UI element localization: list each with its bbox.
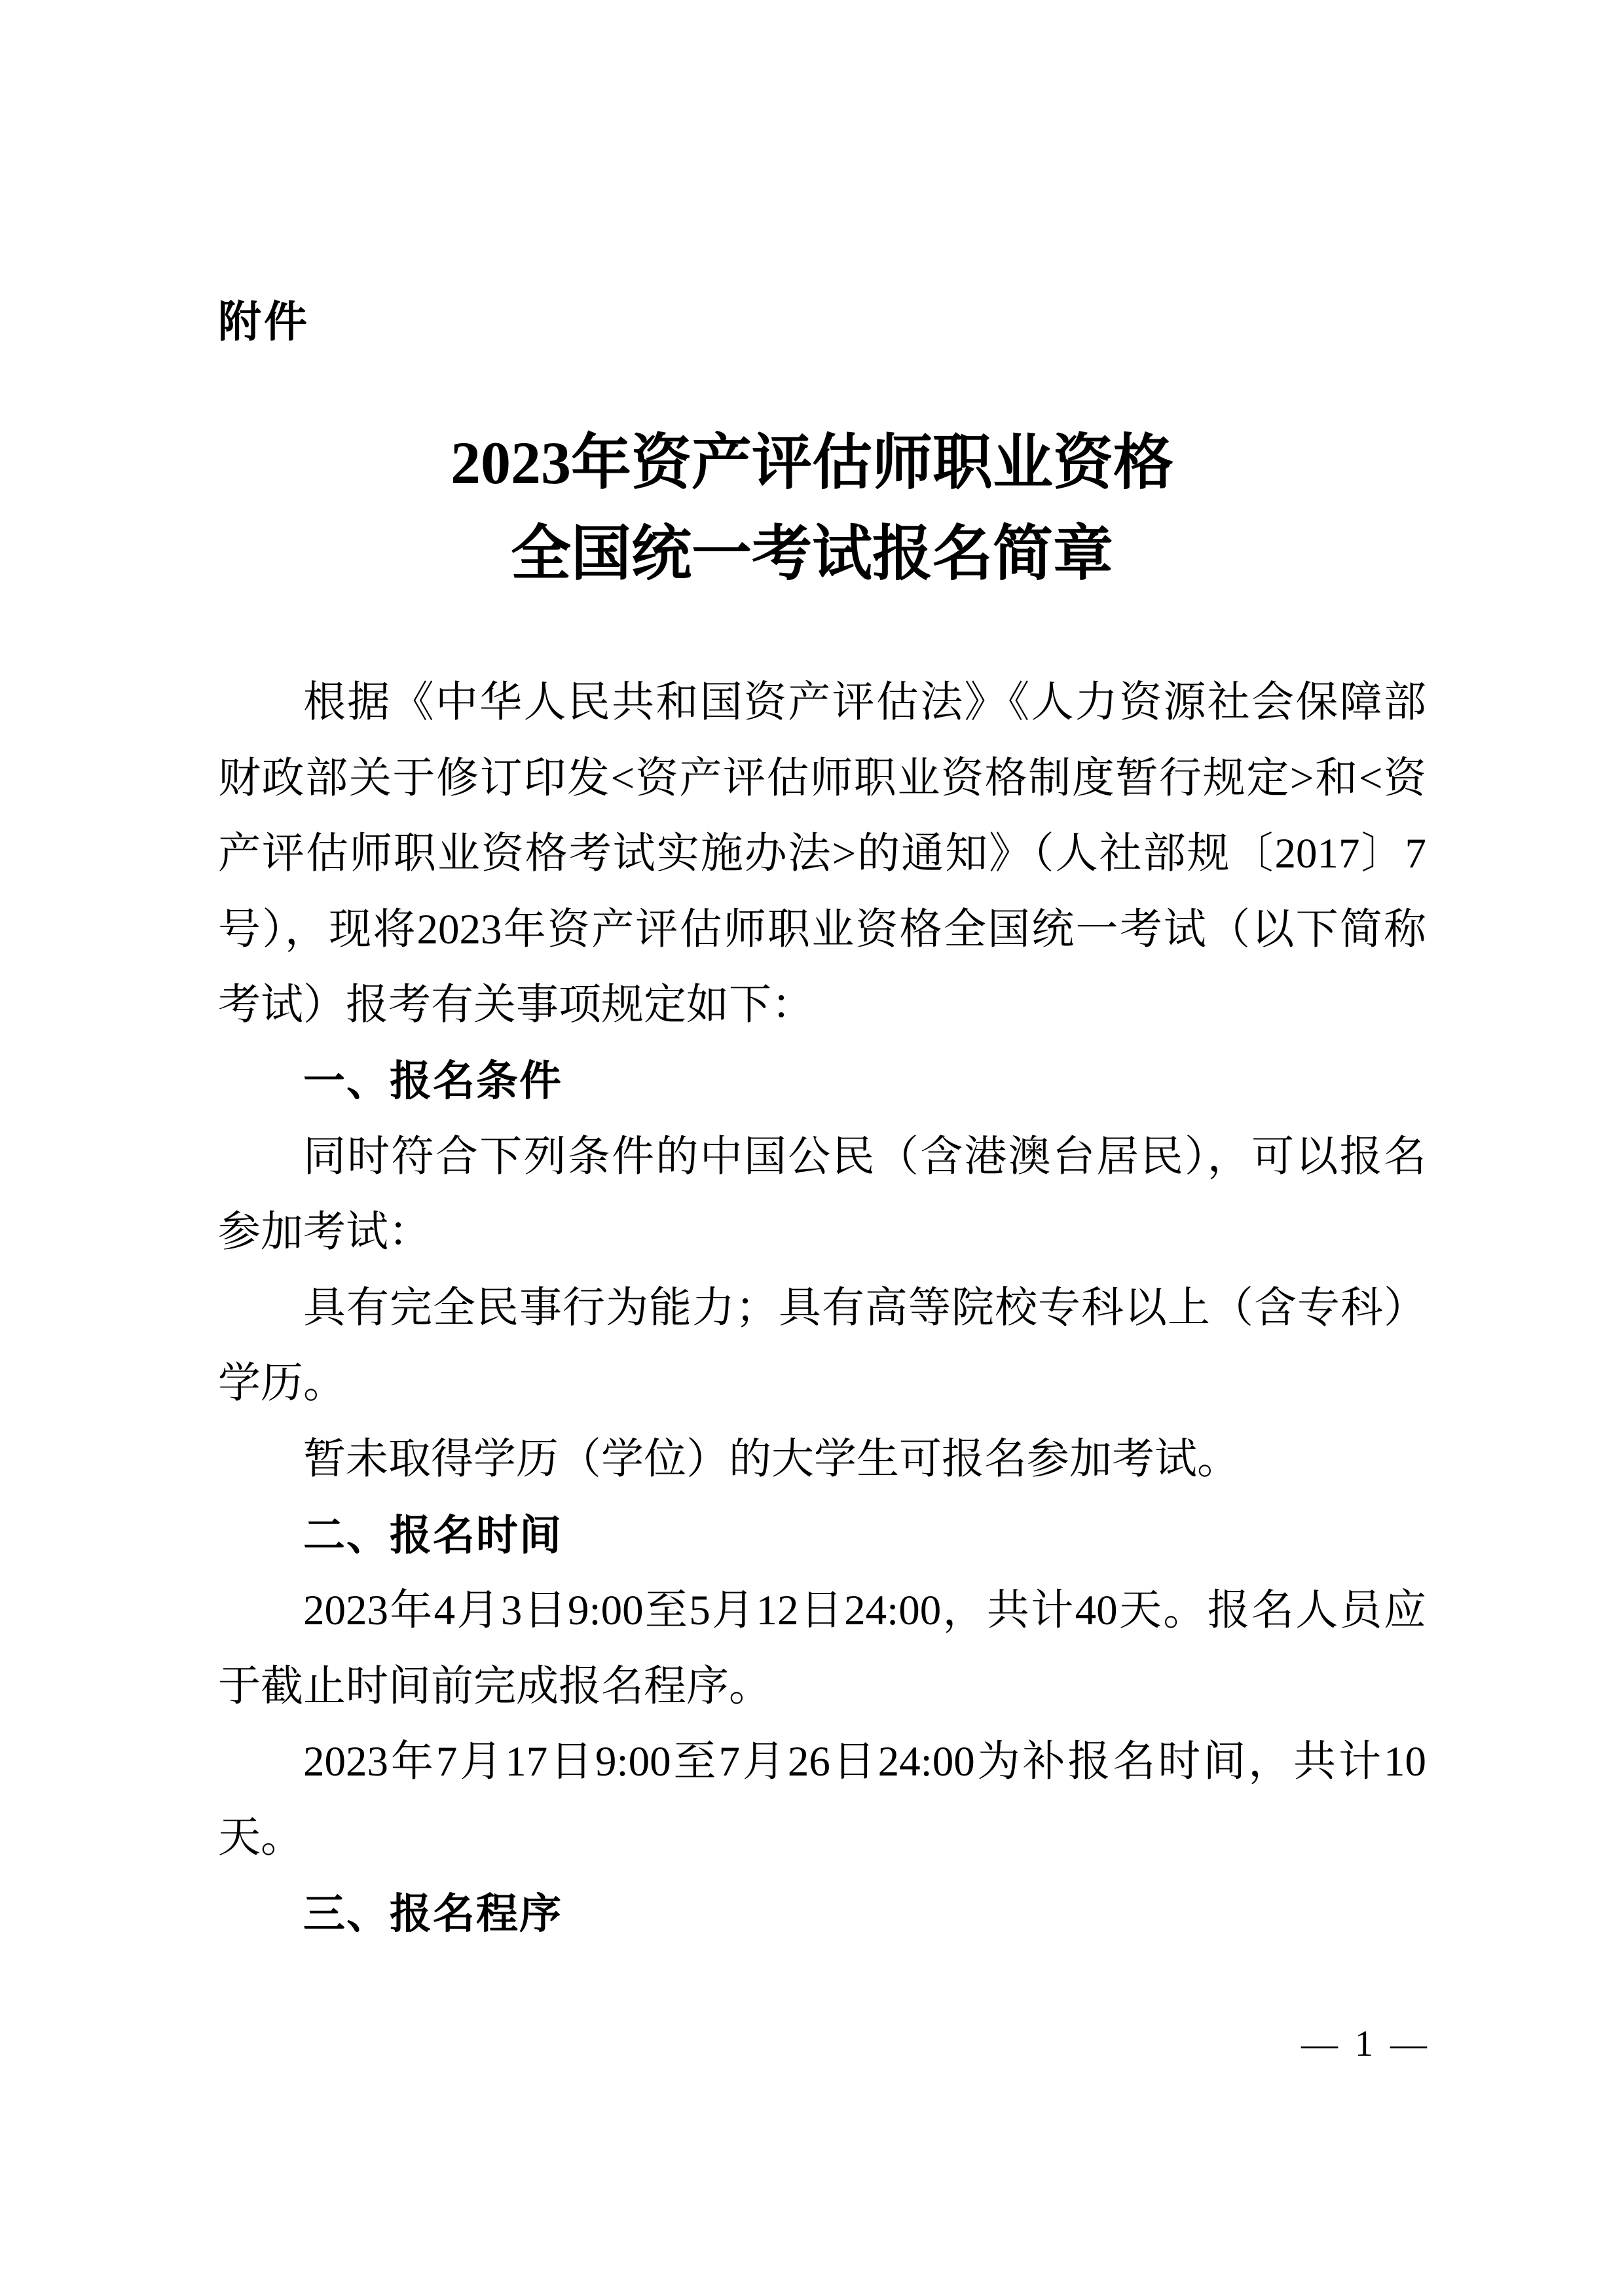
body-line: 暂未取得学历（学位）的大学生可报名参加考试。 (218, 1422, 1426, 1498)
attachment-label: 附件 (218, 300, 310, 343)
body-line: 具有完全民事行为能力；具有高等院校专科以上（含专科） (218, 1271, 1426, 1347)
body-line: 号），现将2023年资产评估师职业资格全国统一考试（以下简称 (218, 892, 1426, 968)
body-line: 参加考试： (218, 1195, 1426, 1271)
section-heading-1: 一、报名条件 (218, 1044, 1426, 1120)
document-page: 附件 2023年资产评估师职业资格 全国统一考试报名简章 根据《中华人民共和国资… (0, 0, 1624, 2296)
section-heading-3: 三、报名程序 (218, 1876, 1426, 1952)
section-heading-2: 二、报名时间 (218, 1498, 1426, 1574)
body-line: 考试）报考有关事项规定如下： (218, 968, 1426, 1044)
body-line: 2023年4月3日9:00至5月12日24:00，共计40天。报名人员应 (218, 1573, 1426, 1649)
title-line-2: 全国统一考试报名简章 (0, 509, 1624, 600)
body-line: 于截止时间前完成报名程序。 (218, 1649, 1426, 1725)
body-line: 产评估师职业资格考试实施办法>的通知》（人社部规〔2017〕7 (218, 816, 1426, 892)
body-line: 财政部关于修订印发<资产评估师职业资格制度暂行规定>和<资 (218, 741, 1426, 817)
body-line: 2023年7月17日9:00至7月26日24:00为补报名时间，共计10 (218, 1724, 1426, 1800)
page-number: — 1 — (1301, 2026, 1431, 2062)
body-line: 根据《中华人民共和国资产评估法》《人力资源社会保障部 (218, 665, 1426, 741)
title-line-1: 2023年资产评估师职业资格 (0, 418, 1624, 509)
document-title: 2023年资产评估师职业资格 全国统一考试报名简章 (0, 418, 1624, 600)
document-body: 根据《中华人民共和国资产评估法》《人力资源社会保障部 财政部关于修订印发<资产评… (218, 665, 1426, 1952)
body-line: 天。 (218, 1800, 1426, 1876)
body-line: 同时符合下列条件的中国公民（含港澳台居民），可以报名 (218, 1120, 1426, 1195)
body-line: 学历。 (218, 1346, 1426, 1422)
